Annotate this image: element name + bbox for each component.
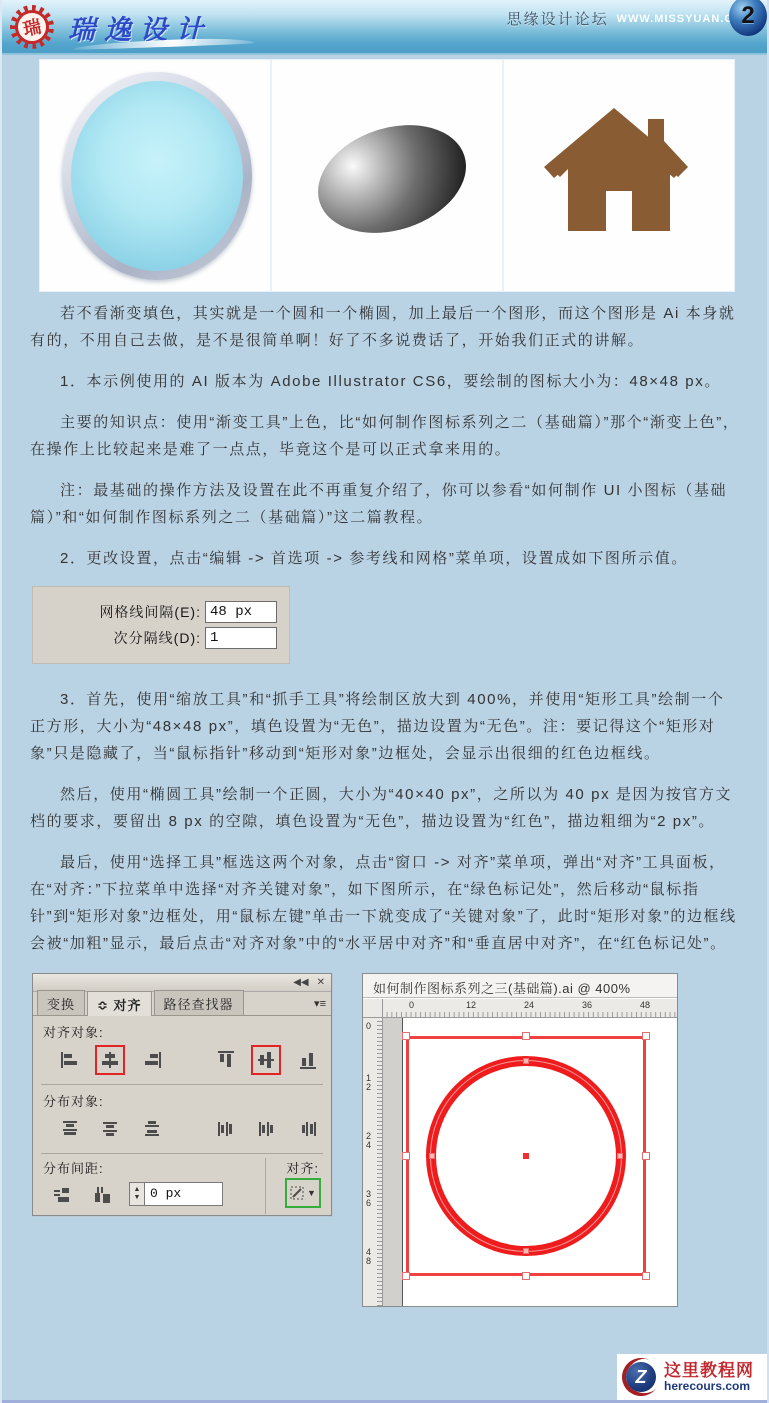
handle-nw[interactable] bbox=[402, 1032, 410, 1040]
subdivisions-input[interactable]: 1 bbox=[205, 627, 277, 649]
horizontal-ruler: 0 12 24 36 48 bbox=[383, 999, 677, 1017]
distribute-left-button[interactable] bbox=[211, 1114, 241, 1144]
paragraph-step1: 1．本示例使用的 AI 版本为 Adobe Illustrator CS6，要绘… bbox=[30, 368, 741, 395]
align-objects-label: 对齐对象: bbox=[33, 1016, 331, 1043]
circle-anchor-bottom[interactable] bbox=[523, 1248, 529, 1254]
paragraph-ellipse: 然后，使用“椭圆工具”绘制一个正圆，大小为“40×40 px”，之所以为 40 … bbox=[30, 781, 741, 835]
align-to-dropdown[interactable]: ▼ bbox=[285, 1178, 321, 1208]
handle-n[interactable] bbox=[522, 1032, 530, 1040]
spacing-value-input[interactable]: 0 px bbox=[145, 1182, 223, 1206]
panel-collapse-icon[interactable]: ◀◀ bbox=[293, 977, 308, 988]
paragraph-knowledge: 主要的知识点：使用“渐变工具”上色，比“如何制作图标系列之二（基础篇）”那个“渐… bbox=[30, 409, 741, 463]
vertical-distribute-space-button[interactable] bbox=[49, 1182, 75, 1208]
circle-center-point bbox=[523, 1153, 529, 1159]
handle-s[interactable] bbox=[522, 1272, 530, 1280]
canvas-screenshot: 如何制作图标系列之三(基础篇).ai @ 400% 0 12 24 36 48 … bbox=[362, 973, 678, 1307]
align-hcenter-button[interactable] bbox=[95, 1045, 125, 1075]
distribute-vcenter-button[interactable] bbox=[95, 1114, 125, 1144]
align-to-label: 对齐: bbox=[286, 1158, 319, 1177]
footer-logo-icon: Z bbox=[623, 1359, 659, 1395]
tab-transform[interactable]: 变换 bbox=[37, 990, 85, 1015]
gridline-gap-input[interactable]: 48 px bbox=[205, 601, 277, 623]
tab-align[interactable]: ≎ 对齐 bbox=[87, 991, 152, 1016]
vruler-0: 0 bbox=[366, 1022, 375, 1031]
pasteboard bbox=[383, 1018, 403, 1306]
align-top-button[interactable] bbox=[211, 1045, 241, 1075]
vruler-24: 24 bbox=[366, 1132, 375, 1150]
screenshots-row: ◀◀ ✕ 变换 ≎ 对齐 路径查找器 ▾≡ 对齐对象: bbox=[2, 971, 767, 1319]
footer-logo[interactable]: Z 这里教程网 herecours.com bbox=[617, 1354, 767, 1400]
document-title: 如何制作图标系列之三(基础篇).ai @ 400% bbox=[363, 974, 677, 998]
align-vcenter-button[interactable] bbox=[251, 1045, 281, 1075]
hruler-48: 48 bbox=[640, 1000, 650, 1010]
align-left-button[interactable] bbox=[55, 1045, 85, 1075]
vertical-ruler: 0 12 24 36 48 bbox=[363, 1018, 383, 1306]
logo-letter: Z bbox=[626, 1362, 656, 1392]
article-body: 若不看渐变填色，其实就是一个圆和一个椭圆，加上最后一个图形，而这个图形是 Ai … bbox=[2, 292, 767, 572]
panel-close-icon[interactable]: ✕ bbox=[317, 977, 325, 988]
sample-card-circle bbox=[39, 59, 271, 292]
distribute-objects-label: 分布对象: bbox=[33, 1085, 331, 1112]
distribute-bottom-button[interactable] bbox=[137, 1114, 167, 1144]
handle-ne[interactable] bbox=[642, 1032, 650, 1040]
vruler-12: 12 bbox=[366, 1074, 375, 1092]
vruler-36: 36 bbox=[366, 1190, 375, 1208]
align-right-button[interactable] bbox=[137, 1045, 167, 1075]
paragraph-note: 注：最基础的操作方法及设置在此不再重复介绍了，你可以参看“如何制作 UI 小图标… bbox=[30, 477, 741, 531]
subdivisions-label: 次分隔线(D): bbox=[114, 628, 201, 648]
distribute-hcenter-button[interactable] bbox=[251, 1114, 281, 1144]
page-number-badge: 2 bbox=[729, 0, 767, 36]
align-panel-screenshot: ◀◀ ✕ 变换 ≎ 对齐 路径查找器 ▾≡ 对齐对象: bbox=[32, 973, 332, 1216]
distribute-top-button[interactable] bbox=[55, 1114, 85, 1144]
sample-card-house bbox=[503, 59, 735, 292]
hruler-36: 36 bbox=[582, 1000, 592, 1010]
site-header: 瑞 瑞逸设计 思缘设计论坛 WWW.MISSYUAN.COM 2 bbox=[2, 0, 767, 55]
handle-se[interactable] bbox=[642, 1272, 650, 1280]
paragraph-align: 最后，使用“选择工具”框选这两个对象，点击“窗口 -> 对齐”菜单项，弹出“对齐… bbox=[30, 849, 741, 957]
article-body-2: 3．首先，使用“缩放工具”和“抓手工具”将绘制区放大到 400%，并使用“矩形工… bbox=[2, 678, 767, 957]
vruler-48: 48 bbox=[366, 1248, 375, 1266]
paragraph-intro: 若不看渐变填色，其实就是一个圆和一个椭圆，加上最后一个图形，而这个图形是 Ai … bbox=[30, 300, 741, 354]
gridline-gap-label: 网格线间隔(E): bbox=[99, 602, 201, 622]
hruler-24: 24 bbox=[524, 1000, 534, 1010]
footer-site-url[interactable]: herecours.com bbox=[664, 1380, 754, 1393]
hruler-0: 0 bbox=[409, 1000, 414, 1010]
tab-pathfinder[interactable]: 路径查找器 bbox=[154, 990, 244, 1015]
align-bottom-button[interactable] bbox=[293, 1045, 323, 1075]
glossy-circle-image bbox=[62, 72, 252, 280]
circle-anchor-left[interactable] bbox=[429, 1153, 435, 1159]
forum-name: 思缘设计论坛 bbox=[507, 8, 609, 29]
distribute-spacing-label: 分布间距: bbox=[43, 1158, 104, 1177]
brand-stamp-logo: 瑞 bbox=[10, 5, 54, 49]
dropdown-caret-icon: ▼ bbox=[307, 1188, 316, 1198]
sample-card-ellipse bbox=[271, 59, 503, 292]
circle-anchor-top[interactable] bbox=[523, 1058, 529, 1064]
house-icon bbox=[544, 105, 696, 247]
circle-anchor-right[interactable] bbox=[617, 1153, 623, 1159]
align-to-selection-icon bbox=[290, 1186, 305, 1201]
spacing-stepper[interactable]: ▲ ▼ 0 px bbox=[129, 1182, 223, 1206]
stepper-down-icon[interactable]: ▼ bbox=[134, 1194, 141, 1202]
handle-sw[interactable] bbox=[402, 1272, 410, 1280]
grid-settings-screenshot: 网格线间隔(E): 48 px 次分隔线(D): 1 bbox=[32, 586, 290, 664]
footer-site-name: 这里教程网 bbox=[664, 1362, 754, 1380]
ruler-corner bbox=[363, 999, 383, 1017]
dark-ellipse-image bbox=[304, 107, 480, 251]
panel-menu-icon[interactable]: ▾≡ bbox=[314, 997, 326, 1010]
handle-e[interactable] bbox=[642, 1152, 650, 1160]
horizontal-distribute-space-button[interactable] bbox=[89, 1182, 115, 1208]
sample-images-row bbox=[39, 59, 735, 292]
distribute-right-button[interactable] bbox=[293, 1114, 323, 1144]
paragraph-step3: 3．首先，使用“缩放工具”和“抓手工具”将绘制区放大到 400%，并使用“矩形工… bbox=[30, 686, 741, 767]
paragraph-step2: 2．更改设置，点击“编辑 -> 首选项 -> 参考线和网格”菜单项，设置成如下图… bbox=[30, 545, 741, 572]
stepper-up-icon[interactable]: ▲ bbox=[134, 1186, 141, 1194]
handle-w[interactable] bbox=[402, 1152, 410, 1160]
hruler-12: 12 bbox=[466, 1000, 476, 1010]
